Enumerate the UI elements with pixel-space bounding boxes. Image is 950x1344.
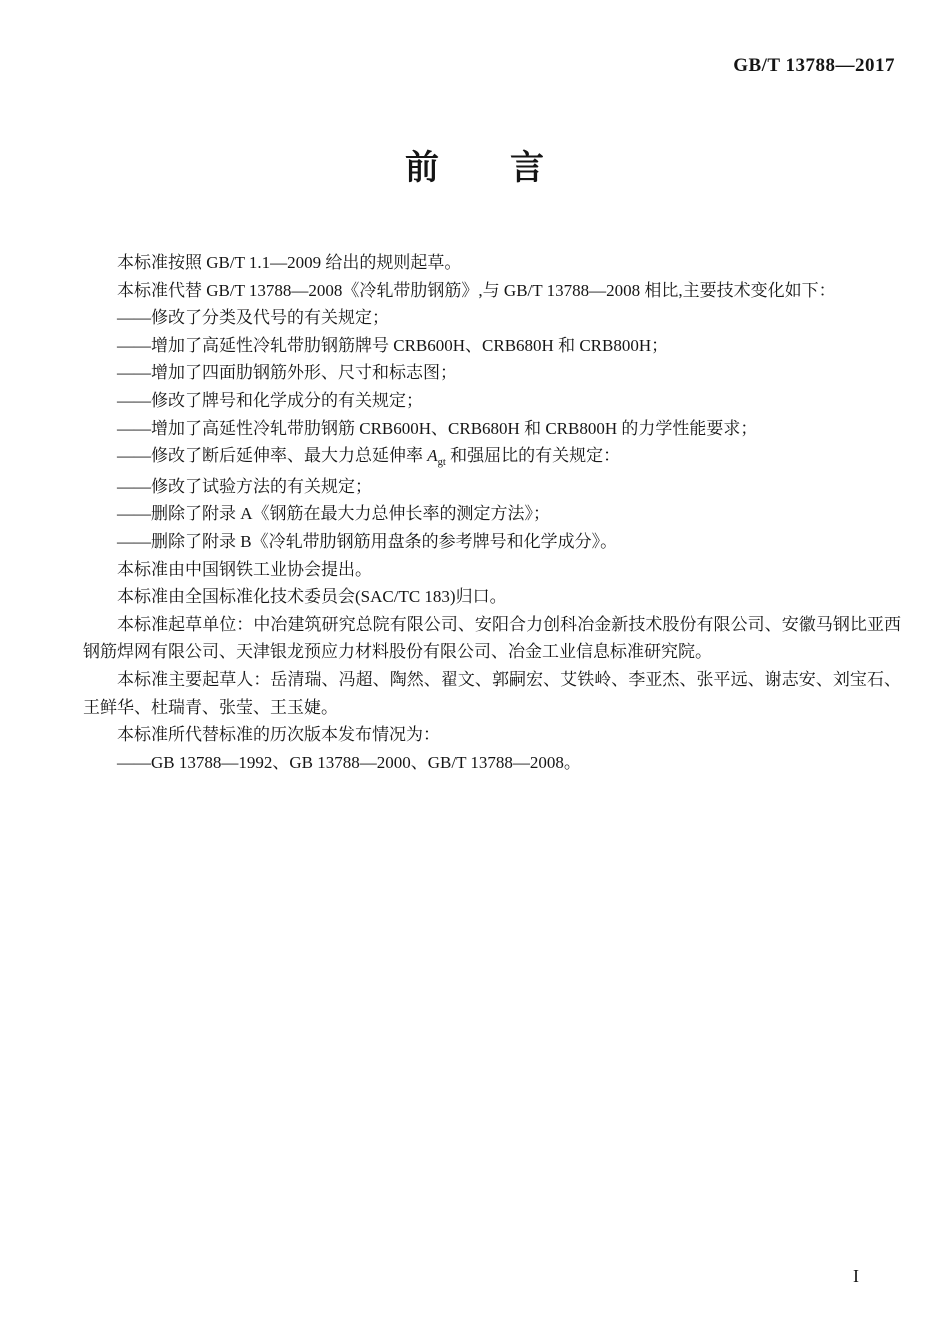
paragraph: 本标准按照 GB/T 1.1—2009 给出的规则起草。 xyxy=(83,249,901,277)
document-body: 本标准按照 GB/T 1.1—2009 给出的规则起草。本标准代替 GB/T 1… xyxy=(83,249,901,776)
paragraph: ——修改了断后延伸率、最大力总延伸率 Agt 和强屈比的有关规定： xyxy=(83,442,901,473)
text-segment: 本标准起草单位：中冶建筑研究总院有限公司、安阳合力创科冶金新技术股份有限公司、安… xyxy=(83,615,901,662)
document-page: GB/T 13788—2017 前 言 本标准按照 GB/T 1.1—2009 … xyxy=(0,0,950,1344)
text-segment: 本标准代替 GB/T 13788—2008《冷轧带肋钢筋》,与 GB/T 137… xyxy=(117,281,836,300)
text-segment: ——修改了分类及代号的有关规定； xyxy=(117,308,389,327)
paragraph: ——修改了试验方法的有关规定； xyxy=(83,473,901,501)
text-segment: 和强屈比的有关规定： xyxy=(446,446,620,465)
paragraph: 本标准由全国标准化技术委员会(SAC/TC 183)归口。 xyxy=(83,583,901,611)
text-segment: ——增加了高延性冷轧带肋钢筋牌号 CRB600H、CRB680H 和 CRB80… xyxy=(117,336,668,355)
paragraph: ——修改了牌号和化学成分的有关规定； xyxy=(83,387,901,415)
paragraph: ——修改了分类及代号的有关规定； xyxy=(83,304,901,332)
text-segment: ——修改了牌号和化学成分的有关规定； xyxy=(117,391,423,410)
page-title: 前 言 xyxy=(0,140,950,189)
text-segment: 本标准所代替标准的历次版本发布情况为： xyxy=(117,725,440,744)
paragraph: ——删除了附录 A《钢筋在最大力总伸长率的测定方法》； xyxy=(83,500,901,528)
paragraph: ——增加了高延性冷轧带肋钢筋 CRB600H、CRB680H 和 CRB800H… xyxy=(83,415,901,443)
paragraph: ——增加了高延性冷轧带肋钢筋牌号 CRB600H、CRB680H 和 CRB80… xyxy=(83,332,901,360)
text-segment: 本标准主要起草人：岳清瑞、冯超、陶然、翟文、郭嗣宏、艾铁岭、李亚杰、张平远、谢志… xyxy=(83,670,901,717)
paragraph: ——删除了附录 B《冷轧带肋钢筋用盘条的参考牌号和化学成分》。 xyxy=(83,528,901,556)
paragraph: 本标准所代替标准的历次版本发布情况为： xyxy=(83,721,901,749)
text-segment: ——增加了四面肋钢筋外形、尺寸和标志图； xyxy=(117,363,457,382)
subscript-text: gt xyxy=(438,457,446,468)
text-segment: ——修改了试验方法的有关规定； xyxy=(117,477,372,496)
text-segment: ——修改了断后延伸率、最大力总延伸率 xyxy=(117,446,427,465)
paragraph: 本标准由中国钢铁工业协会提出。 xyxy=(83,556,901,584)
text-segment: 本标准由全国标准化技术委员会(SAC/TC 183)归口。 xyxy=(117,587,507,606)
text-segment: ——GB 13788—1992、GB 13788—2000、GB/T 13788… xyxy=(117,753,581,772)
paragraph: 本标准代替 GB/T 13788—2008《冷轧带肋钢筋》,与 GB/T 137… xyxy=(83,277,901,305)
paragraph: ——增加了四面肋钢筋外形、尺寸和标志图； xyxy=(83,359,901,387)
paragraph: 本标准主要起草人：岳清瑞、冯超、陶然、翟文、郭嗣宏、艾铁岭、李亚杰、张平远、谢志… xyxy=(83,666,901,721)
text-segment: 本标准由中国钢铁工业协会提出。 xyxy=(117,560,372,579)
paragraph: ——GB 13788—1992、GB 13788—2000、GB/T 13788… xyxy=(83,749,901,777)
text-segment: ——删除了附录 A《钢筋在最大力总伸长率的测定方法》； xyxy=(117,504,550,523)
text-segment: ——删除了附录 B《冷轧带肋钢筋用盘条的参考牌号和化学成分》。 xyxy=(117,532,617,551)
paragraph: 本标准起草单位：中冶建筑研究总院有限公司、安阳合力创科冶金新技术股份有限公司、安… xyxy=(83,611,901,666)
standard-code-header: GB/T 13788—2017 xyxy=(733,55,895,77)
text-segment: ——增加了高延性冷轧带肋钢筋 CRB600H、CRB680H 和 CRB800H… xyxy=(117,419,757,438)
text-segment: A xyxy=(427,446,437,465)
page-number: I xyxy=(853,1266,859,1287)
text-segment: 本标准按照 GB/T 1.1—2009 给出的规则起草。 xyxy=(117,253,461,272)
